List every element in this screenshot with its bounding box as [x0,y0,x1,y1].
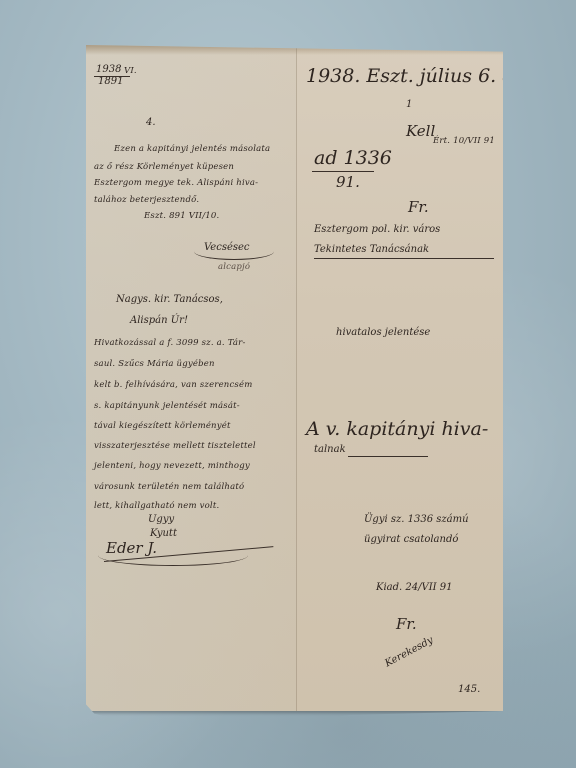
regarding-underline [348,456,428,457]
ref-note-1: Ügyi sz. 1336 számú [364,515,469,525]
body-line-9: lett, kihallgatható nem volt. [94,502,219,511]
body-line-5: tával kiegészített körleményét [94,422,231,431]
ref-divider [94,76,130,77]
body-line-6: visszaterjesztése mellett tisztelettel [94,442,256,451]
note-date: Eszt. 891 VII/10. [144,212,219,221]
addressee-underline [314,258,494,259]
ref-suffix: VI. [124,67,137,76]
document-sheet: 1938 VI. 1891 4. Ezen a kapitányi jelent… [86,45,503,711]
page-number: 145. [458,685,480,695]
body-line-8: városunk területén nem található [94,483,244,492]
regarding-1: A v. kapitányi hiva- [306,420,488,439]
note-line-1: Ezen a kapitányi jelentés másolata [114,145,270,154]
mark-f2: Fr. [396,617,417,632]
regarding-2: talnak [314,445,346,455]
body-line-7: jelenteni, hogy nevezett, minthogy [94,462,250,471]
received-date: Ért. 10/VII 91 [433,137,495,146]
body-line-1: Hivatkozással a f. 3099 sz. a. Tár- [94,339,246,348]
received-label: Kell [406,124,435,139]
closing-1: Ugyy [148,515,174,525]
addressee-1: Esztergom pol. kir. város [314,225,440,235]
fold-line [296,45,297,711]
note-line-4: talához beterjesztendő. [94,196,199,205]
ad-number-divider [312,171,374,172]
note-signature-title: alcapjó [218,263,250,272]
note-signature-flourish [194,243,274,260]
section-mark: 4. [146,118,156,128]
received-2: Kiad. 24/VII 91 [376,583,453,593]
note-line-2: az ő rész Körleményet küpesen [94,163,234,172]
body-line-4: s. kapitányunk jelentését mását- [94,402,240,411]
body-line-2: saul. Szűcs Mária ügyében [94,360,215,369]
ref-year: 1891 [98,77,123,87]
sub-mark: 1 [406,100,412,110]
subject: hivatalos jelentése [336,328,430,338]
ref-note-2: ügyirat csatolandó [364,535,458,545]
ad-number: ad 1336 [314,149,392,168]
salutation-2: Alispán Úr! [130,316,188,326]
clerk-signature: Kerekesdy [384,636,435,670]
mark-f: Fr. [408,200,429,215]
signature-flourish [98,545,248,566]
closing-2: Kyutt [150,529,177,539]
salutation-1: Nagys. kir. Tanácsos, [116,295,223,305]
note-line-3: Esztergom megye tek. Alispáni hiva- [94,179,258,188]
body-line-3: kelt b. felhívására, van szerencsém [94,381,252,390]
addressee-2: Tekintetes Tanácsának [314,245,429,255]
ad-year: 91. [336,175,360,190]
ref-number-top: 1938 [96,65,121,75]
